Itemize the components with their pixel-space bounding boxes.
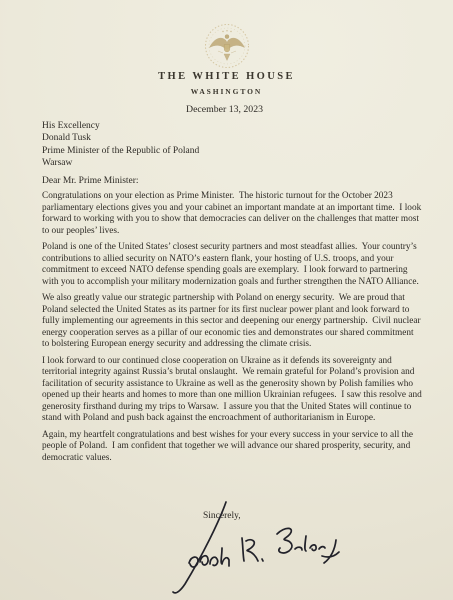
letter-body: Congratulations on your election as Prim… [42, 191, 423, 469]
letterhead-subtitle: WASHINGTON [0, 87, 453, 96]
recipient-block: His Excellency Donald Tusk Prime Ministe… [42, 120, 199, 170]
recipient-line: Prime Minister of the Republic of Poland [42, 145, 199, 157]
recipient-line: His Excellency [42, 120, 199, 132]
paragraph: Congratulations on your election as Prim… [42, 191, 423, 237]
letter-date: December 13, 2023 [186, 104, 263, 115]
letterhead-title: THE WHITE HOUSE [0, 71, 453, 82]
letter-page: THE WHITE HOUSE WASHINGTON December 13, … [0, 0, 453, 600]
recipient-line: Donald Tusk [42, 132, 199, 144]
recipient-line: Warsaw [42, 157, 199, 169]
presidential-seal-icon [204, 23, 250, 69]
paragraph: I look forward to our continued close co… [42, 356, 423, 425]
salutation: Dear Mr. Prime Minister: [42, 176, 139, 186]
signature [138, 500, 353, 600]
paragraph: Poland is one of the United States’ clos… [42, 242, 423, 288]
paragraph: We also greatly value our strategic part… [42, 293, 423, 351]
paragraph: Again, my heartfelt congratulations and … [42, 430, 423, 465]
